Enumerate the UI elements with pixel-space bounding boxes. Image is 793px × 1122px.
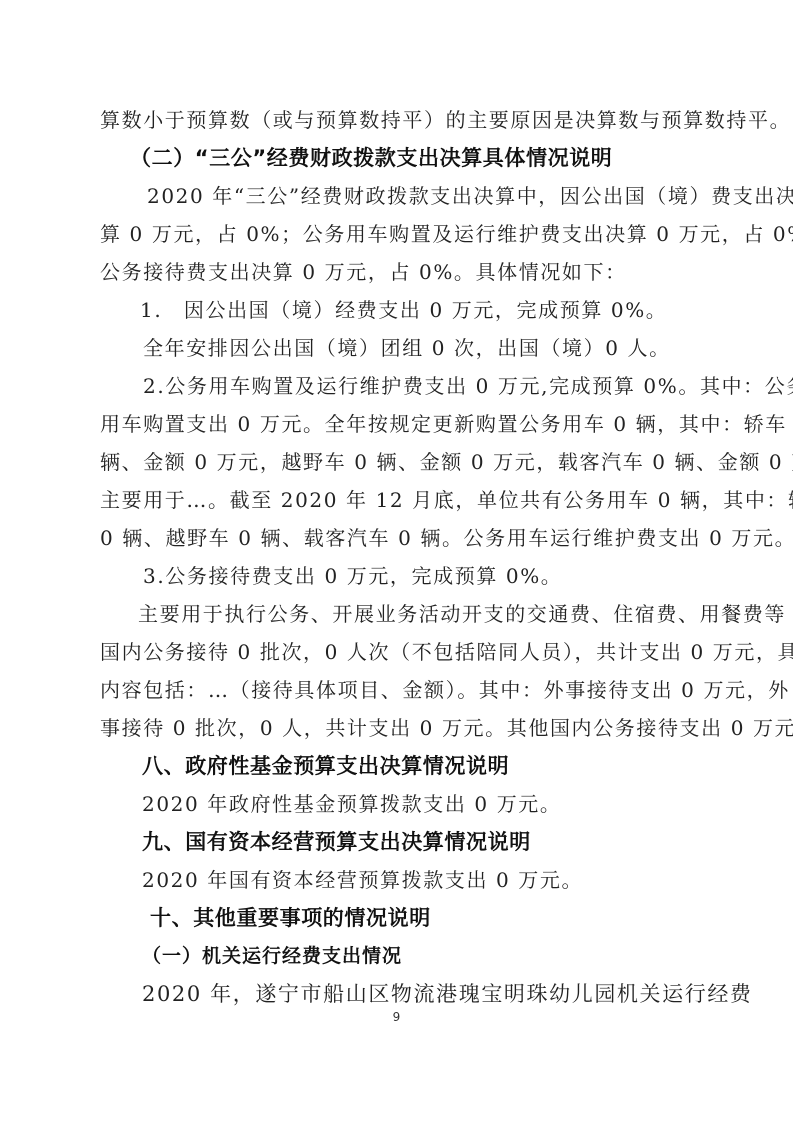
page-number: 9 [0, 1010, 793, 1024]
paragraph-line: 算 0 万元，占 0%；公务用车购置及运行维护费支出决算 0 万元，占 0%； [100, 222, 696, 246]
paragraph-line: 2020 年，遂宁市船山区物流港瑰宝明珠幼儿园机关运行经费 [142, 982, 696, 1006]
section-heading-san-gong: （二）“三公”经费财政拨款支出决算具体情况说明 [130, 146, 726, 170]
paragraph-line: 公务接待费支出决算 0 万元，占 0%。具体情况如下： [100, 260, 696, 284]
paragraph-line: 用车购置支出 0 万元。全年按规定更新购置公务用车 0 辆，其中：轿车 0 [100, 412, 696, 436]
paragraph-line: 辆、金额 0 万元，越野车 0 辆、金额 0 万元，载客汽车 0 辆、金额 0 … [100, 450, 696, 474]
paragraph-line: 2020 年“三公”经费财政拨款支出决算中，因公出国（境）费支出决 [147, 184, 696, 208]
paragraph-line: 主要用于执行公务、开展业务活动开支的交通费、住宿费、用餐费等 [138, 602, 696, 626]
paragraph-line: 主要用于…。截至 2020 年 12 月底，单位共有公务用车 0 辆，其中：轿车 [100, 488, 696, 512]
section-heading-10: 十、其他重要事项的情况说明 [150, 906, 746, 930]
subsection-heading: （一）机关运行经费支出情况 [142, 944, 738, 968]
list-item-1: 1. 因公出国（境）经费支出 0 万元，完成预算 0%。 [140, 298, 736, 322]
paragraph-line: 全年安排因公出国（境）团组 0 次，出国（境）0 人。 [143, 336, 739, 360]
paragraph-line: 算数小于预算数（或与预算数持平）的主要原因是决算数与预算数持平。 [100, 108, 696, 132]
document-page: 算数小于预算数（或与预算数持平）的主要原因是决算数与预算数持平。 （二）“三公”… [0, 0, 793, 1122]
paragraph-line: 2020 年国有资本经营预算拨款支出 0 万元。 [142, 868, 738, 892]
paragraph-line: 国内公务接待 0 批次，0 人次（不包括陪同人员），共计支出 0 万元，具体 [100, 640, 696, 664]
paragraph-line: 内容包括：…（接待具体项目、金额）。其中：外事接待支出 0 万元，外 [100, 678, 696, 702]
paragraph-line: 2020 年政府性基金预算拨款支出 0 万元。 [142, 792, 738, 816]
paragraph-line: 0 辆、越野车 0 辆、载客汽车 0 辆。公务用车运行维护费支出 0 万元。 [100, 526, 696, 550]
section-heading-8: 八、政府性基金预算支出决算情况说明 [142, 754, 738, 778]
section-heading-9: 九、国有资本经营预算支出决算情况说明 [142, 830, 738, 854]
list-item-3: 3.公务接待费支出 0 万元，完成预算 0%。 [143, 564, 739, 588]
list-item-2: 2.公务用车购置及运行维护费支出 0 万元,完成预算 0%。其中：公务 [143, 374, 696, 398]
paragraph-line: 事接待 0 批次，0 人，共计支出 0 万元。其他国内公务接待支出 0 万元。 [100, 716, 696, 740]
